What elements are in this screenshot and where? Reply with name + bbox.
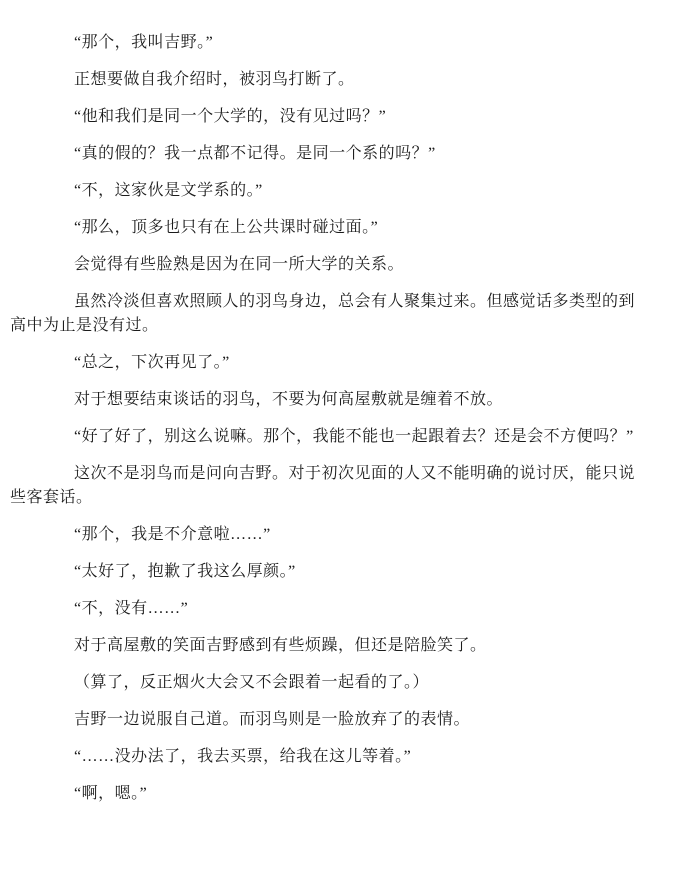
paragraph: 正想要做自我介绍时，被羽鸟打断了。: [10, 68, 642, 92]
paragraph: “啊，嗯。”: [10, 782, 642, 806]
paragraph: “太好了，抱歉了我这么厚颜。”: [10, 560, 642, 584]
paragraph: “那个，我是不介意啦……”: [10, 523, 642, 547]
paragraph: “他和我们是同一个大学的，没有见过吗？”: [10, 105, 642, 129]
paragraph: 虽然冷淡但喜欢照顾人的羽鸟身边，总会有人聚集过来。但感觉话多类型的到高中为止是没…: [10, 290, 642, 338]
document-page: “那个，我叫吉野。” 正想要做自我介绍时，被羽鸟打断了。 “他和我们是同一个大学…: [0, 0, 680, 880]
paragraph: “……没办法了，我去买票，给我在这儿等着。”: [10, 745, 642, 769]
paragraph: 这次不是羽鸟而是问向吉野。对于初次见面的人又不能明确的说讨厌，能只说些客套话。: [10, 462, 642, 510]
paragraph: 会觉得有些脸熟是因为在同一所大学的关系。: [10, 253, 642, 277]
paragraph: “不，没有……”: [10, 597, 642, 621]
paragraph: 对于高屋敷的笑面吉野感到有些烦躁，但还是陪脸笑了。: [10, 634, 642, 658]
paragraph: “总之，下次再见了。”: [10, 351, 642, 375]
paragraph: “真的假的？我一点都不记得。是同一个系的吗？”: [10, 142, 642, 166]
paragraph: （算了，反正烟火大会又不会跟着一起看的了。）: [10, 671, 642, 695]
paragraph: 对于想要结束谈话的羽鸟，不要为何高屋敷就是缠着不放。: [10, 388, 642, 412]
paragraph: “好了好了，别这么说嘛。那个，我能不能也一起跟着去？还是会不方便吗？”: [10, 425, 642, 449]
paragraph: 吉野一边说服自己道。而羽鸟则是一脸放弃了的表情。: [10, 708, 642, 732]
paragraph: “不，这家伙是文学系的。”: [10, 179, 642, 203]
paragraph: “那么，顶多也只有在上公共课时碰过面。”: [10, 216, 642, 240]
paragraph: “那个，我叫吉野。”: [10, 31, 642, 55]
novel-text-content: “那个，我叫吉野。” 正想要做自我介绍时，被羽鸟打断了。 “他和我们是同一个大学…: [0, 0, 642, 819]
